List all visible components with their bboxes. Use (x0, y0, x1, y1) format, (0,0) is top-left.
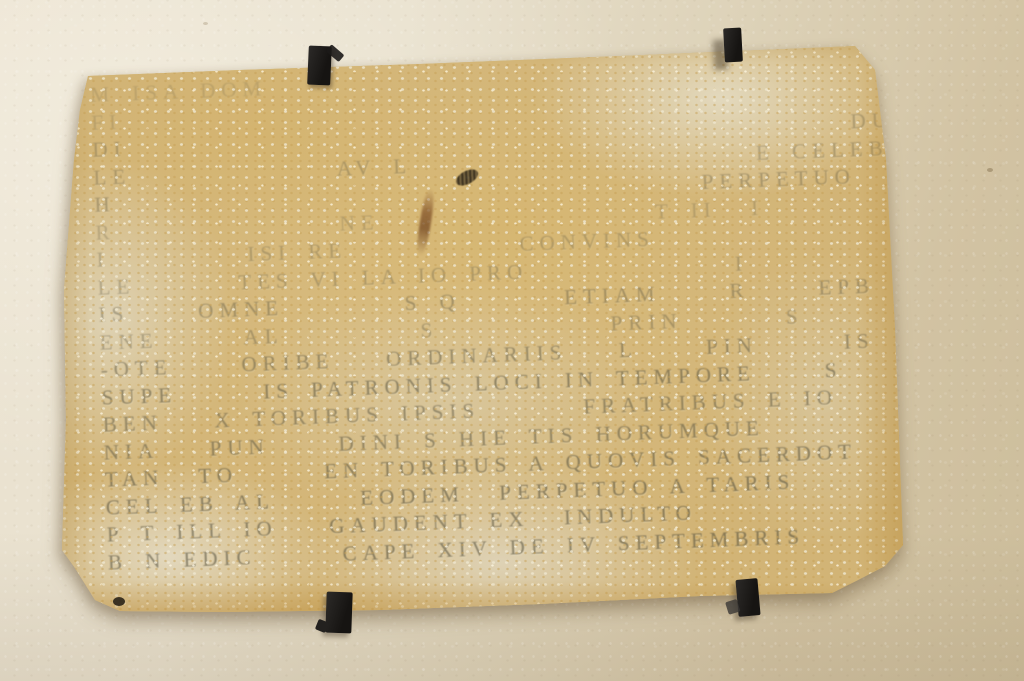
inscription: M ISA DOM IFI FRA CDI DUNTAXALE AV L E C… (90, 52, 908, 577)
wall-speck (203, 22, 208, 25)
stone-surface: M ISA DOM IFI FRA CDI DUNTAXALE AV L E C… (58, 40, 908, 620)
mount-clip-bottom-left (325, 592, 352, 634)
stone-hole (113, 597, 125, 606)
stone-plaque: M ISA DOM IFI FRA CDI DUNTAXALE AV L E C… (58, 40, 908, 620)
mount-clip-top-right (723, 28, 743, 63)
mount-clip-top-left (307, 46, 332, 86)
mount-clip-bottom-right (735, 578, 760, 617)
wall-speck (987, 168, 993, 172)
